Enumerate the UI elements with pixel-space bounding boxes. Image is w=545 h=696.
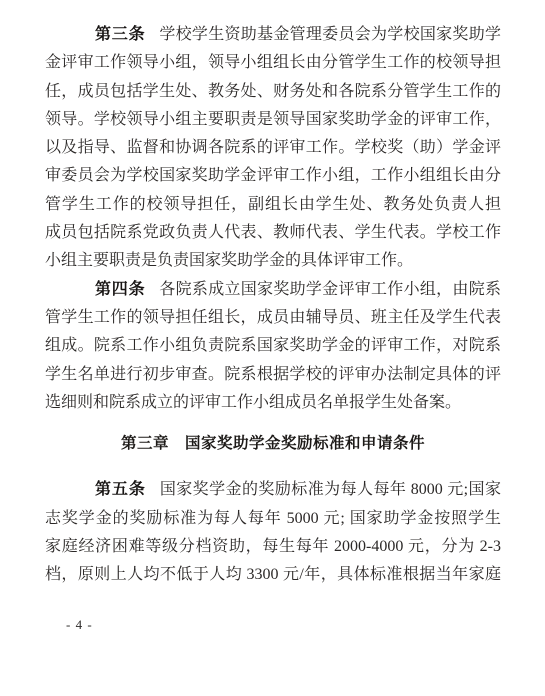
- text-line: 金评审工作领导小组，领导小组组长由分管学生工作的校领导担: [45, 49, 501, 77]
- article-number: 第四条: [95, 281, 145, 298]
- text-line: 家庭经济困难等级分档资助，每生每年 2000-4000 元，分为 2-3: [45, 533, 501, 561]
- text-line: 志奖学金的奖励标准为每人每年 5000 元; 国家助学金按照学生: [45, 505, 501, 533]
- text-line: 管学生工作的领导担任组长，成员由辅导员、班主任及学生代表: [45, 304, 501, 332]
- text-line: 领导。学校领导小组主要职责是领导国家奖助学金的评审工作，: [45, 106, 501, 134]
- document-content: 第三条学校学生资助基金管理委员会为学校国家奖助学金评审工作领导小组，领导小组组长…: [45, 21, 501, 590]
- article-5: 第五条国家奖学金的奖励标准为每人每年 8000 元;国家励志奖学金的奖励标准为每…: [45, 476, 501, 589]
- text-line: 选细则和院系成立的评审工作小组成员名单报学生处备案。: [45, 389, 501, 417]
- text-line: 第四条各院系成立国家奖助学金评审工作小组，由院系分: [45, 276, 501, 304]
- text-line: 管学生工作的校领导担任，副组长由学生处、教务处负责人担任，: [45, 191, 501, 219]
- text-line: 第五条国家奖学金的奖励标准为每人每年 8000 元;国家励: [45, 476, 501, 504]
- text-line: 组成。院系工作小组负责院系国家奖助学金的评审工作，对院系: [45, 332, 501, 360]
- article-4: 第四条各院系成立国家奖助学金评审工作小组，由院系分管学生工作的领导担任组长，成员…: [45, 276, 501, 417]
- text-line: 档，原则上人均不低于人均 3300 元/年，具体标准根据当年家庭: [45, 561, 501, 589]
- text-line: 成员包括院系党政负责人代表、教师代表、学生代表。学校工作: [45, 219, 501, 247]
- page-number-footer: - 4 -: [66, 617, 93, 633]
- text-line: 第三条学校学生资助基金管理委员会为学校国家奖助学: [45, 21, 501, 49]
- text-line: 学生名单进行初步审查。院系根据学校的评审办法制定具体的评: [45, 361, 501, 389]
- article-number: 第三条: [95, 26, 145, 43]
- chapter-3-heading: 第三章 国家奖助学金奖励标准和申请条件: [45, 430, 501, 458]
- article-number: 第五条: [95, 481, 146, 498]
- text-line: 审委员会为学校国家奖助学金评审工作小组，工作小组组长由分: [45, 162, 501, 190]
- article-3: 第三条学校学生资助基金管理委员会为学校国家奖助学金评审工作领导小组，领导小组组长…: [45, 21, 501, 276]
- text-line: 小组主要职责是负责国家奖助学金的具体评审工作。: [45, 247, 501, 275]
- document-page: 第三条学校学生资助基金管理委员会为学校国家奖助学金评审工作领导小组，领导小组组长…: [0, 0, 545, 696]
- text-line: 以及指导、监督和协调各院系的评审工作。学校奖（助）学金评: [45, 134, 501, 162]
- text-line: 任，成员包括学生处、教务处、财务处和各院系分管学生工作的: [45, 78, 501, 106]
